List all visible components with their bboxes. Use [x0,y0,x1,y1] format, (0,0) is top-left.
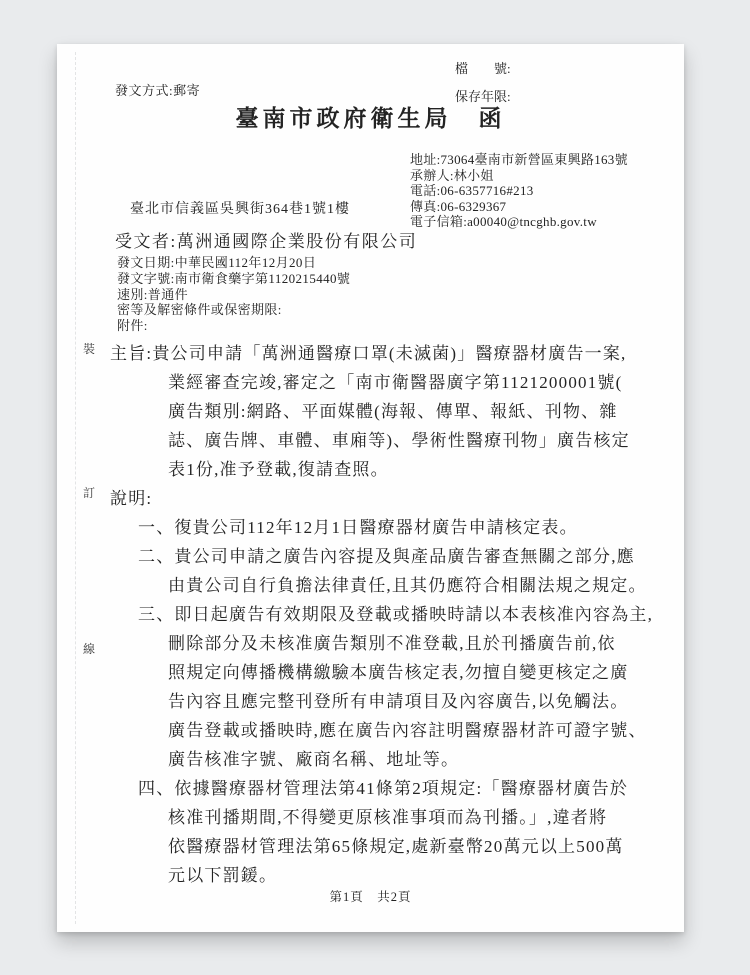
attachment-label: 附件: [117,318,350,334]
recipient-mailing-address: 臺北市信義區吳興街364巷1號1樓 [130,198,350,218]
subject-line: 主旨:貴公司申請「萬洲通醫療口罩(未滅菌)」醫療器材廣告一案, [110,339,666,368]
confidentiality: 密等及解密條件或保密期限: [117,302,350,318]
sending-method: 發文方式:郵寄 [115,80,200,99]
explanation-item-2-line: 由貴公司自行負擔法律責任,且其仍應符合相關法規之規定。 [110,571,666,600]
explanation-item-3-line: 告內容且應完整刊登所有申請項目及內容廣告,以免觸法。 [110,687,666,716]
speed-class: 速別:普通件 [117,287,350,303]
binding-mark-xian: 線 [83,640,95,657]
agency-fax: 傳真:06-6329367 [410,199,628,215]
subject-line: 業經審查完竣,審定之「南市衛醫器廣字第1121200001號( [110,368,666,397]
binding-dashed-line [75,52,76,924]
agency-email: 電子信箱:a00040@tncghb.gov.tw [410,214,628,230]
agency-address: 地址:73064臺南市新營區東興路163號 [410,152,628,168]
explanation-item-4-line: 依醫療器材管理法第65條規定,處新臺幣20萬元以上500萬 [110,832,666,861]
explanation-label: 說明: [110,484,666,513]
subject-line: 表1份,准予登載,復請查照。 [110,455,666,484]
document-title: 臺南市政府衛生局 函 [57,100,684,133]
explanation-item-4-line: 四、依據醫療器材管理法第41條第2項規定:「醫療器材廣告於 [110,774,666,803]
explanation-item-3-line: 三、即日起廣告有效期限及登載或播映時請以本表核准內容為主, [110,600,666,629]
agency-contact-person: 承辦人:林小姐 [410,168,628,184]
subject-line: 廣告類別:網路、平面媒體(海報、傳單、報紙、刊物、雜 [110,397,666,426]
agency-phone: 電話:06-6357716#213 [410,183,628,199]
issue-date: 發文日期:中華民國112年12月20日 [117,255,350,271]
explanation-item-3-line: 廣告登載或播映時,應在廣告內容註明醫療器材許可證字號、 [110,716,666,745]
subject-line: 誌、廣告牌、車體、車廂等)、學術性醫療刊物」廣告核定 [110,426,666,455]
explanation-item-1-line: 一、復貴公司112年12月1日醫療器材廣告申請核定表。 [110,513,666,542]
document-body: 主旨:貴公司申請「萬洲通醫療口罩(未滅菌)」醫療器材廣告一案, 業經審查完竣,審… [110,339,666,890]
explanation-item-3-line: 刪除部分及未核准廣告類別不准登載,且於刊播廣告前,依 [110,629,666,658]
explanation-item-4-line: 元以下罰鍰。 [110,861,666,890]
file-number-label: 檔 號: [455,58,511,77]
recipient-line: 受文者:萬洲通國際企業股份有限公司 [115,227,417,252]
explanation-item-3-line: 廣告核准字號、廠商名稱、地址等。 [110,745,666,774]
binding-mark-zhuang: 裝 [83,340,95,357]
document-page: 裝 訂 線 發文方式:郵寄 檔 號: 保存年限: 臺南市政府衛生局 函 地址:7… [57,44,684,932]
explanation-item-2-line: 二、貴公司申請之廣告內容提及與產品廣告審查無關之部分,應 [110,542,666,571]
explanation-item-4-line: 核准刊播期間,不得變更原核准事項而為刊播。」,違者將 [110,803,666,832]
binding-mark-ding: 訂 [83,484,95,501]
document-meta-block: 發文日期:中華民國112年12月20日 發文字號:南市衛食藥字第11202154… [117,255,350,334]
page-number-footer: 第1頁 共2頁 [57,887,684,905]
agency-contact-block: 地址:73064臺南市新營區東興路163號 承辦人:林小姐 電話:06-6357… [410,152,628,230]
explanation-item-3-line: 照規定向傳播機構繳驗本廣告核定表,勿擅自變更核定之廣 [110,658,666,687]
issue-number: 發文字號:南市衛食藥字第1120215440號 [117,271,350,287]
